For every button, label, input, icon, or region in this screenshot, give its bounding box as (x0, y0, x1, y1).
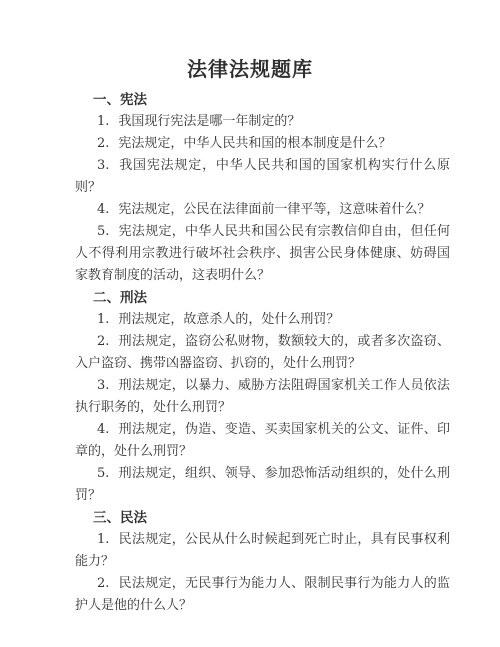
question-number: 1. (97, 114, 109, 129)
question-item: 4.宪法规定，公民在法律面前一律平等，这意味着什么？ (75, 199, 450, 221)
question-item: 1.民法规定，公民从什么时候起到死亡时止，具有民事权利能力？ (75, 529, 450, 573)
question-item: 2.宪法规定，中华人民共和国的根本制度是什么？ (75, 133, 450, 155)
question-item: 4.刑法规定，伪造、变造、买卖国家机关的公文、证件、印章的，处什么刑罚？ (75, 419, 450, 463)
question-text: 民法规定，公民从什么时候起到死亡时止，具有民事权利能力？ (75, 532, 450, 569)
question-text: 刑法规定，盗窃公私财物，数额较大的，或者多次盗窃、入户盗窃、携带凶器盗窃、扒窃的… (75, 334, 450, 371)
question-number: 5. (97, 224, 109, 239)
question-text: 刑法规定，伪造、变造、买卖国家机关的公文、证件、印章的，处什么刑罚？ (75, 422, 450, 459)
question-item: 1.刑法规定，故意杀人的，处什么刑罚？ (75, 309, 450, 331)
question-text: 宪法规定，中华人民共和国的根本制度是什么？ (118, 136, 391, 151)
question-text: 宪法规定，中华人民共和国公民有宗教信仰自由，但任何人不得利用宗教进行破坏社会秩序… (75, 224, 450, 283)
question-number: 3. (97, 378, 109, 393)
section-heading: 三、民法 (75, 507, 450, 529)
document-page: 法律法规题库 一、宪法1.我国现行宪法是哪一年制定的？2.宪法规定，中华人民共和… (0, 0, 500, 647)
section-heading: 二、刑法 (75, 287, 450, 309)
question-number: 2. (97, 334, 109, 349)
question-number: 5. (97, 466, 109, 481)
question-text: 我国现行宪法是哪一年制定的？ (118, 114, 300, 129)
question-item: 2.刑法规定，盗窃公私财物，数额较大的，或者多次盗窃、入户盗窃、携带凶器盗窃、扒… (75, 331, 450, 375)
question-number: 3. (97, 158, 109, 173)
question-text: 刑法规定，组织、领导、参加恐怖活动组织的，处什么刑罚？ (75, 466, 450, 503)
question-number: 4. (97, 422, 109, 437)
section-heading: 一、宪法 (75, 89, 450, 111)
question-number: 4. (97, 202, 109, 217)
question-item: 1.我国现行宪法是哪一年制定的？ (75, 111, 450, 133)
question-item: 3.刑法规定，以暴力、威胁方法阻碍国家机关工作人员依法执行职务的，处什么刑罚？ (75, 375, 450, 419)
question-text: 我国宪法规定，中华人民共和国的国家机构实行什么原则？ (75, 158, 450, 195)
document-title: 法律法规题库 (0, 0, 500, 83)
question-number: 2. (97, 136, 109, 151)
question-item: 5.刑法规定，组织、领导、参加恐怖活动组织的，处什么刑罚？ (75, 463, 450, 507)
question-number: 1. (97, 312, 109, 327)
question-text: 刑法规定，故意杀人的，处什么刑罚？ (118, 312, 339, 327)
question-number: 1. (97, 532, 109, 547)
question-item: 2.民法规定，无民事行为能力人、限制民事行为能力人的监护人是他的什么人？ (75, 573, 450, 617)
question-text: 刑法规定，以暴力、威胁方法阻碍国家机关工作人员依法执行职务的，处什么刑罚？ (75, 378, 450, 415)
question-text: 民法规定，无民事行为能力人、限制民事行为能力人的监护人是他的什么人？ (75, 576, 450, 613)
question-item: 3.我国宪法规定，中华人民共和国的国家机构实行什么原则？ (75, 155, 450, 199)
question-text: 宪法规定，公民在法律面前一律平等，这意味着什么？ (118, 202, 430, 217)
question-number: 2. (97, 576, 109, 591)
question-item: 5.宪法规定，中华人民共和国公民有宗教信仰自由，但任何人不得利用宗教进行破坏社会… (75, 221, 450, 287)
document-body: 一、宪法1.我国现行宪法是哪一年制定的？2.宪法规定，中华人民共和国的根本制度是… (0, 83, 500, 617)
